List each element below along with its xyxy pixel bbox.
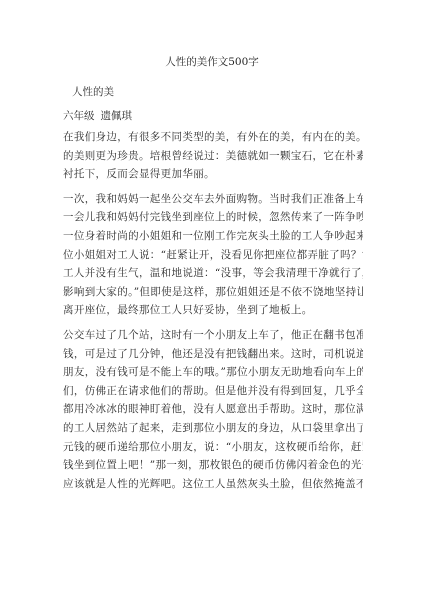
text-line: 应该就是人性的光辉吧。这位工人虽然灰头土脸，但依然掩盖不住他那 [63,475,363,494]
text-line: 朋友，没有钱可是不能上车的哦。”那位小朋友无助地看向车上的大人 [63,363,363,382]
text-line: 公交车过了几个站，这时有一个小朋友上车了，他正在翻书包准备付 [63,326,363,345]
author-name: 遗佩琪 [101,110,133,122]
text-line: 的工人居然站了起来，走到那位小朋友的身边，从口袋里拿出了一枚一 [63,419,363,438]
text-line: 衬托下，反而会显得更加华丽。 [63,165,363,184]
text-line: 影响到大家的。”但即使是这样，那位姐姐还是不依不饶地坚持让工人 [63,283,363,302]
document-title: 人性的美作文500字 [0,55,424,69]
text-line: 都用冷冰冰的眼神盯着他，没有人愿意出手帮助。这时，那位满身是灰 [63,400,363,419]
text-line: 在我们身边，有很多不同类型的美，有外在的美，有内在的美。而内在 [63,128,363,147]
document-page: 人性的美作文500字 人性的美 六年级遗佩琪 在我们身边，有很多不同类型的美，有… [0,0,424,600]
text-line: 钱，可是过了几分钟，他还是没有把钱翻出来。这时，司机说道：“小 [63,345,363,364]
text-line: 位小姐姐对工人说：“赶紧让开，没看见你把座位都弄脏了吗？”那位 [63,246,363,265]
author-line: 六年级遗佩琪 [63,109,138,123]
text-line: 工人并没有生气，温和地说道：“没事，等会我清理干净就行了，不会 [63,264,363,283]
paragraph-1: 在我们身边，有很多不同类型的美，有外在的美，有内在的美。而内在 的美则更为珍贵。… [63,128,363,184]
text-line: 离开座位，最终那位工人只好妥协，坐到了地板上。 [63,301,363,320]
text-line: 们，仿佛正在请求他们的帮助。但是他并没有得到回复，几乎全车的人 [63,382,363,401]
text-line: 一位身着时尚的小姐姐和一位刚工作完灰头土脸的工人争吵起来了。那 [63,227,363,246]
essay-subtitle: 人性的美 [72,85,114,99]
text-line: 元钱的硬币递给那位小朋友，说：“小朋友，这枚硬币给你，赶紧付完 [63,438,363,457]
text-line: 的美则更为珍贵。培根曾经说过：美德就如一颗宝石，它在朴素背景的 [63,147,363,166]
text-line: 钱坐到位置上吧！”那一刻，那枚银色的硬币仿佛闪着金色的光芒，这 [63,456,363,475]
text-line: 一会儿我和妈妈付完钱坐到座位上的时候，忽然传来了一阵争吵声，是 [63,208,363,227]
essay-body: 在我们身边，有很多不同类型的美，有外在的美，有内在的美。而内在 的美则更为珍贵。… [63,128,363,499]
text-line: 一次，我和妈妈一起坐公交车去外面购物。当时我们正准备上车，过了 [63,190,363,209]
paragraph-3: 公交车过了几个站，这时有一个小朋友上车了，他正在翻书包准备付 钱，可是过了几分钟… [63,326,363,493]
paragraph-2: 一次，我和妈妈一起坐公交车去外面购物。当时我们正准备上车，过了 一会儿我和妈妈付… [63,190,363,320]
author-grade: 六年级 [63,110,95,122]
